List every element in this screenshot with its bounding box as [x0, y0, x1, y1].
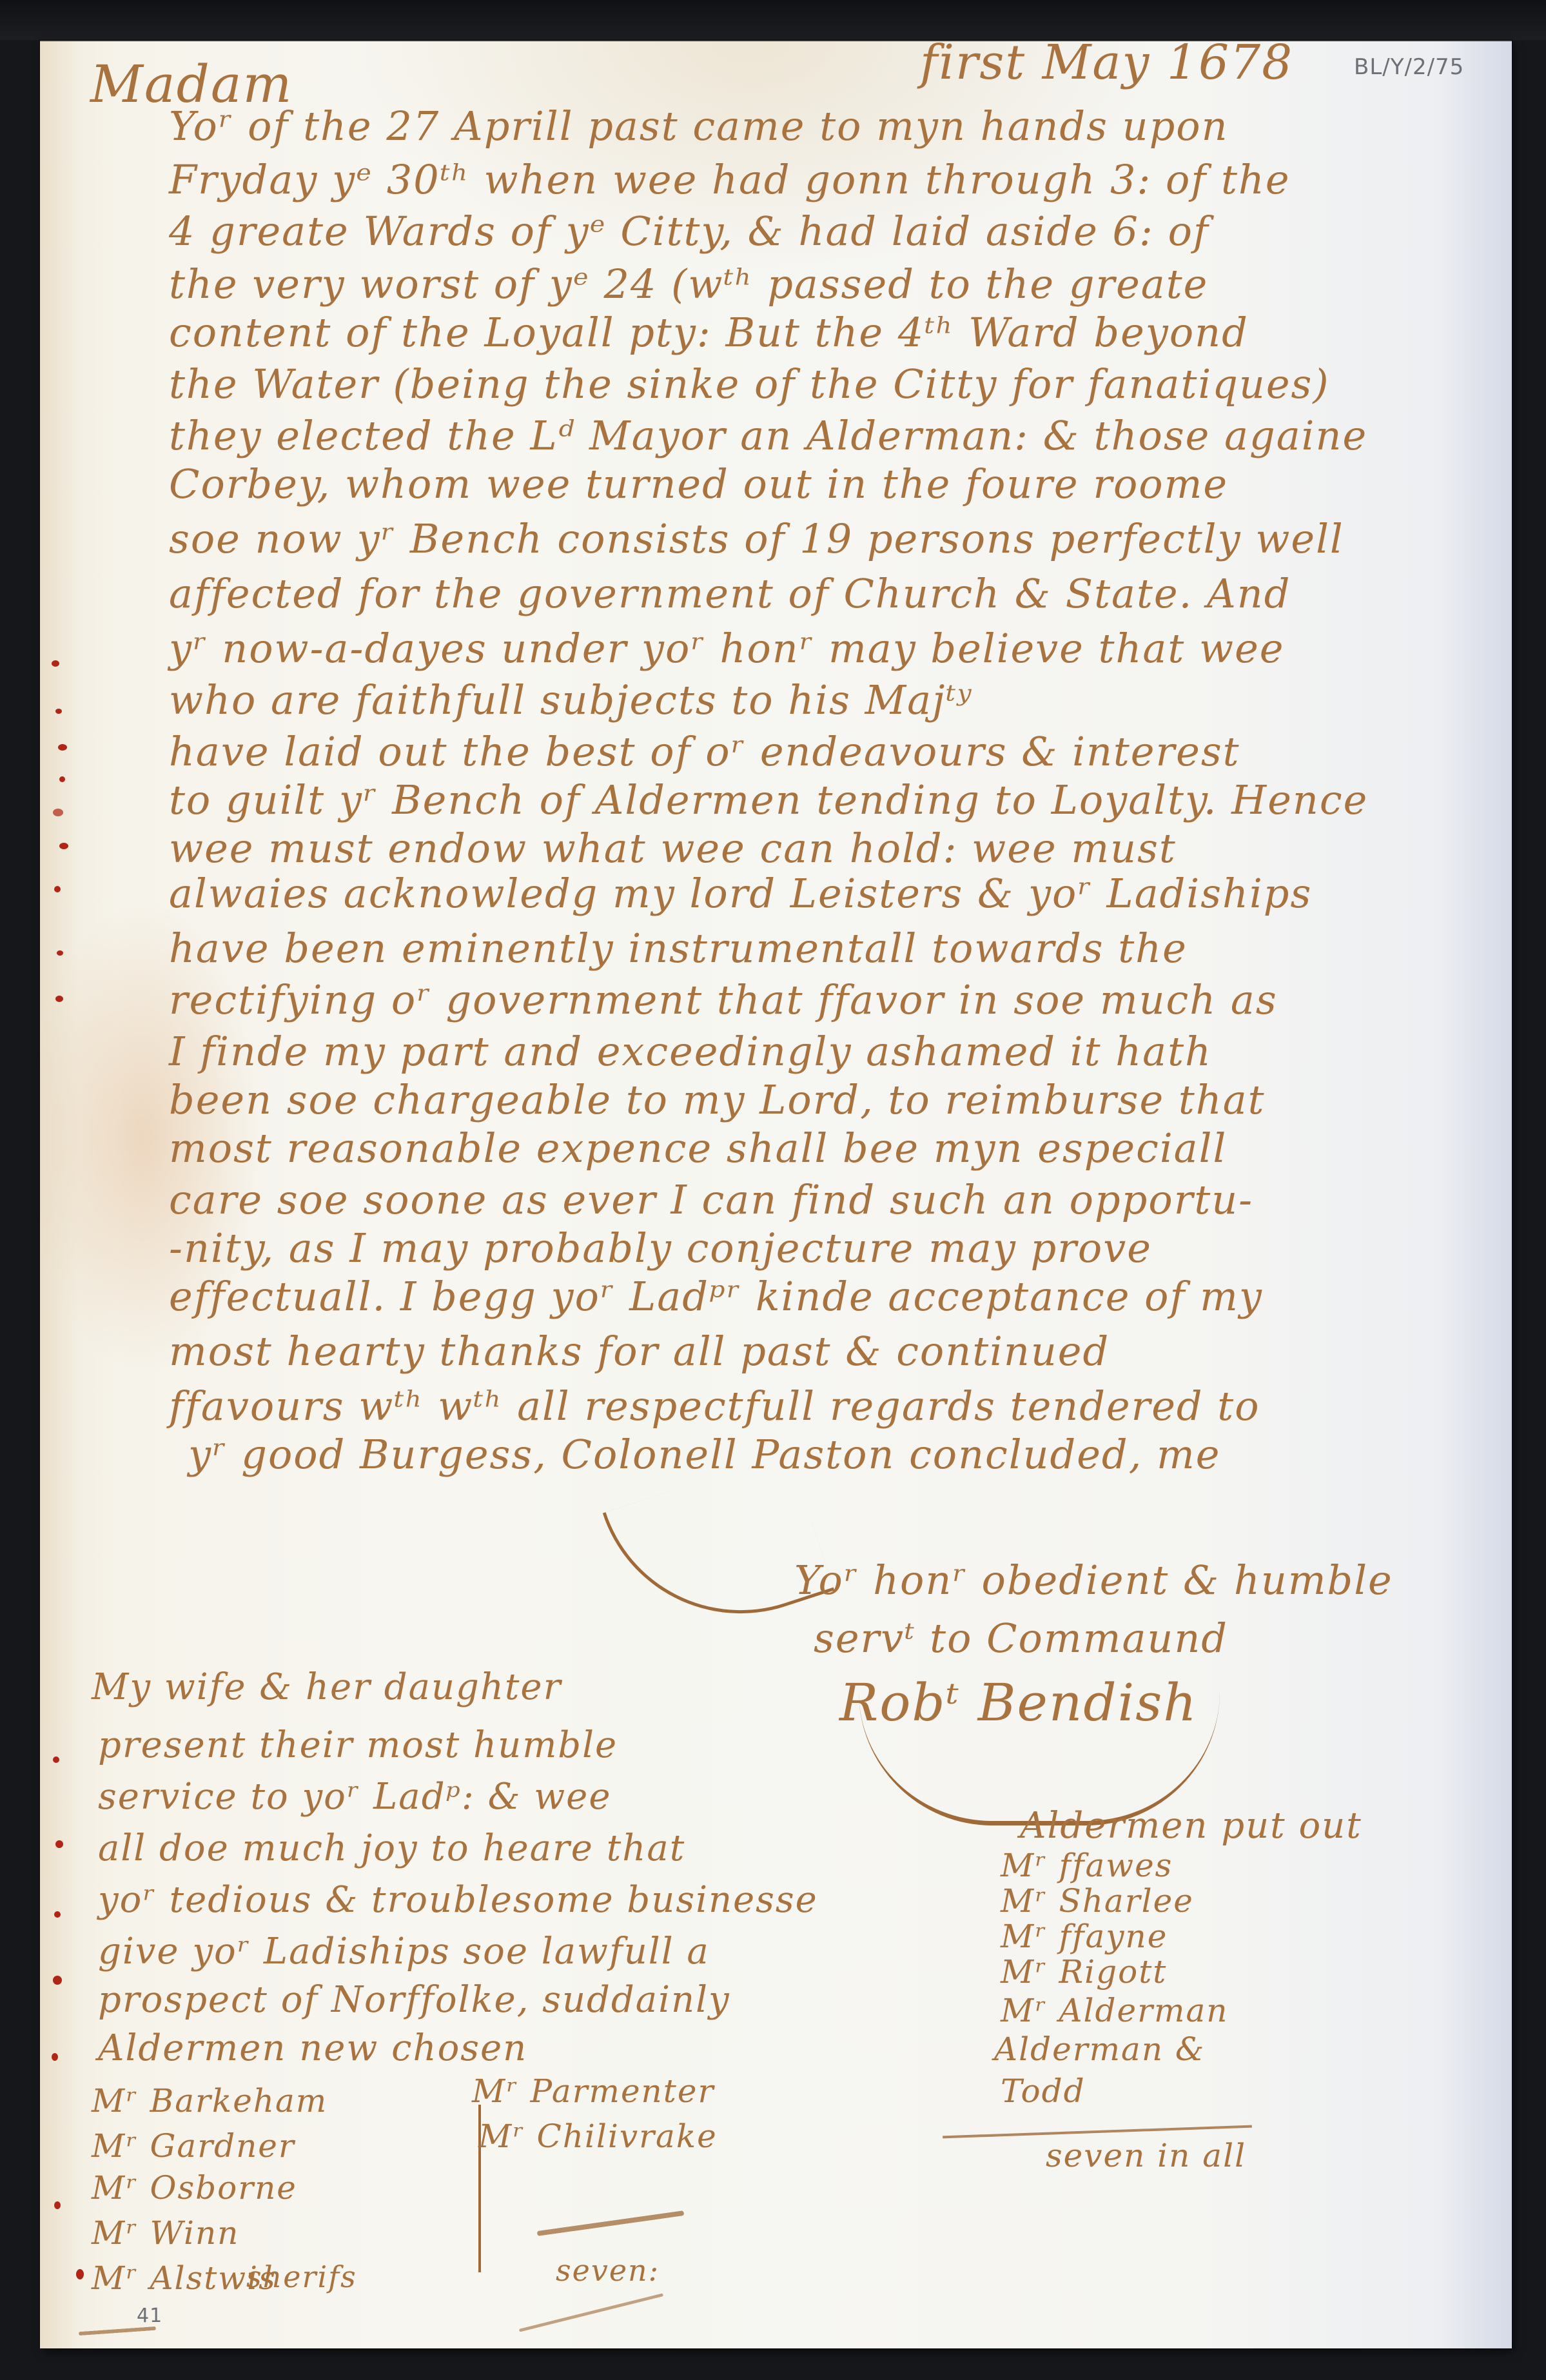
body-line: soe now yʳ Bench consists of 19 persons …	[169, 515, 1344, 562]
body-line: to guilt yʳ Bench of Aldermen tending to…	[169, 776, 1368, 823]
ink-stain	[59, 776, 65, 782]
ink-stain	[59, 843, 68, 849]
underline-stroke	[537, 2210, 685, 2236]
postscript-line: yoʳ tedious & troublesome businesse	[98, 1879, 818, 1921]
alderman-put-out: Todd	[1001, 2072, 1086, 2110]
seven-note: seven:	[556, 2253, 660, 2288]
alderman-chosen: Mʳ Gardner	[92, 2127, 295, 2165]
body-line: Yoʳ of the 27 Aprill past came to myn ha…	[169, 103, 1229, 150]
closing-flourish	[603, 1452, 835, 1651]
body-line: the very worst of yᵉ 24 (wᵗʰ passed to t…	[169, 261, 1208, 308]
sheriffs-note: sherifs	[246, 2259, 357, 2294]
ink-stain	[55, 709, 62, 714]
body-line: who are faithfull subjects to his Majᵗʸ	[169, 676, 973, 723]
body-line: have been eminently instrumentall toward…	[169, 925, 1188, 972]
aldermen-put-out-heading: Aldermen put out	[1020, 1805, 1362, 1847]
alderman-put-out: Alderman &	[994, 2031, 1205, 2068]
body-line: most hearty thanks for all past & contin…	[169, 1328, 1110, 1375]
ink-stain	[52, 660, 59, 667]
ink-stain	[58, 744, 67, 751]
archive-reference: BL/Y/2/75	[1354, 54, 1464, 80]
alderman-chosen: Mʳ Osborne	[92, 2169, 297, 2207]
postscript-line: all doe much joy to heare that	[98, 1827, 685, 1869]
ink-stain	[53, 1756, 59, 1763]
ink-stain	[54, 886, 61, 892]
underline-stroke	[79, 2326, 156, 2336]
body-line: care soe soone as ever I can find such a…	[169, 1176, 1253, 1223]
body-line: Corbey, whom wee turned out in the foure…	[169, 460, 1228, 507]
ink-stain	[54, 2201, 61, 2209]
body-line: been soe chargeable to my Lord, to reimb…	[169, 1076, 1266, 1123]
ink-stain	[57, 950, 63, 956]
alderman-chosen: Mʳ Winn	[92, 2214, 239, 2252]
body-line: rectifying oʳ government that ffavor in …	[169, 976, 1278, 1023]
alderman-put-out: Mʳ Rigott	[1001, 1953, 1167, 1991]
ink-stain	[53, 1976, 62, 1985]
body-line: they elected the Lᵈ Mayor an Alderman: &…	[169, 412, 1367, 459]
ink-stain	[54, 1911, 61, 1918]
body-line: I finde my part and exceedingly ashamed …	[169, 1028, 1212, 1075]
manuscript-page: BL/Y/2/75 Madam first May 1678 Yoʳ of th…	[40, 40, 1512, 2348]
paper-fold-edge	[40, 41, 79, 2348]
body-line: 4 greate Wards of yᵉ Citty, & had laid a…	[169, 208, 1209, 255]
body-line: most reasonable expence shall bee myn es…	[169, 1125, 1227, 1172]
ink-stain	[52, 2053, 58, 2061]
folio-number: 41	[137, 2305, 162, 2327]
alderman-put-out: Mʳ Alderman	[1001, 1992, 1228, 2029]
body-line: have laid out the best of oʳ endeavours …	[169, 728, 1240, 775]
alderman-put-out: Mʳ ffayne	[1001, 1918, 1168, 1955]
postscript-line: service to yoʳ Ladᵖ: & wee	[98, 1776, 611, 1818]
ink-stain	[53, 809, 63, 816]
body-line: yʳ now-a-dayes under yoʳ honʳ may believ…	[169, 625, 1284, 672]
body-line: ffavours wᵗʰ wᵗʰ all respectfull regards…	[169, 1382, 1260, 1430]
underline-stroke	[519, 2293, 663, 2332]
body-line: Fryday yᵉ 30ᵗʰ when wee had gonn through…	[169, 156, 1291, 203]
alderman-chosen: Mʳ Barkeham	[92, 2082, 328, 2119]
postscript-line: Aldermen new chosen	[98, 2027, 527, 2069]
put-out-total: seven in all	[1046, 2137, 1246, 2174]
body-line: alwaies acknowledg my lord Leisters & yo…	[169, 870, 1312, 917]
alderman-put-out: Mʳ Sharlee	[1001, 1882, 1194, 1920]
body-line: the Water (being the sinke of the Citty …	[169, 360, 1330, 408]
ink-stain	[55, 996, 63, 1002]
ink-stain	[55, 1840, 63, 1848]
body-line: -nity, as I may probably conjecture may …	[169, 1224, 1152, 1272]
alderman-put-out: Mʳ ffawes	[1001, 1847, 1173, 1884]
postscript-line: My wife & her daughter	[92, 1666, 562, 1708]
body-line: affected for the government of Church & …	[169, 570, 1291, 617]
postscript-line: present their most humble	[98, 1724, 618, 1766]
postscript-line: give yoʳ Ladiships soe lawfull a	[98, 1931, 710, 1972]
alderman-chosen-second: Mʳ Chilivrake	[478, 2118, 718, 2155]
closing-line-1: Yoʳ honʳ obedient & humble	[794, 1557, 1393, 1604]
paper-right-shadow	[1434, 41, 1512, 2348]
mount-background-top	[0, 0, 1546, 40]
letter-date: first May 1678	[920, 35, 1293, 90]
ink-stain	[76, 2269, 84, 2279]
body-line: yʳ good Burgess, Colonell Paston conclud…	[188, 1431, 1221, 1478]
alderman-chosen-second: Mʳ Parmenter	[472, 2072, 714, 2110]
body-line: effectuall. I begg yoʳ Ladᵖʳ kinde accep…	[169, 1273, 1263, 1320]
body-line: content of the Loyall pty: But the 4ᵗʰ W…	[169, 309, 1249, 356]
body-line: wee must endow what wee can hold: wee mu…	[169, 825, 1177, 872]
postscript-line: prospect of Norffolke, suddainly	[98, 1979, 730, 2021]
closing-line-2: servᵗ to Commaund	[814, 1615, 1228, 1662]
